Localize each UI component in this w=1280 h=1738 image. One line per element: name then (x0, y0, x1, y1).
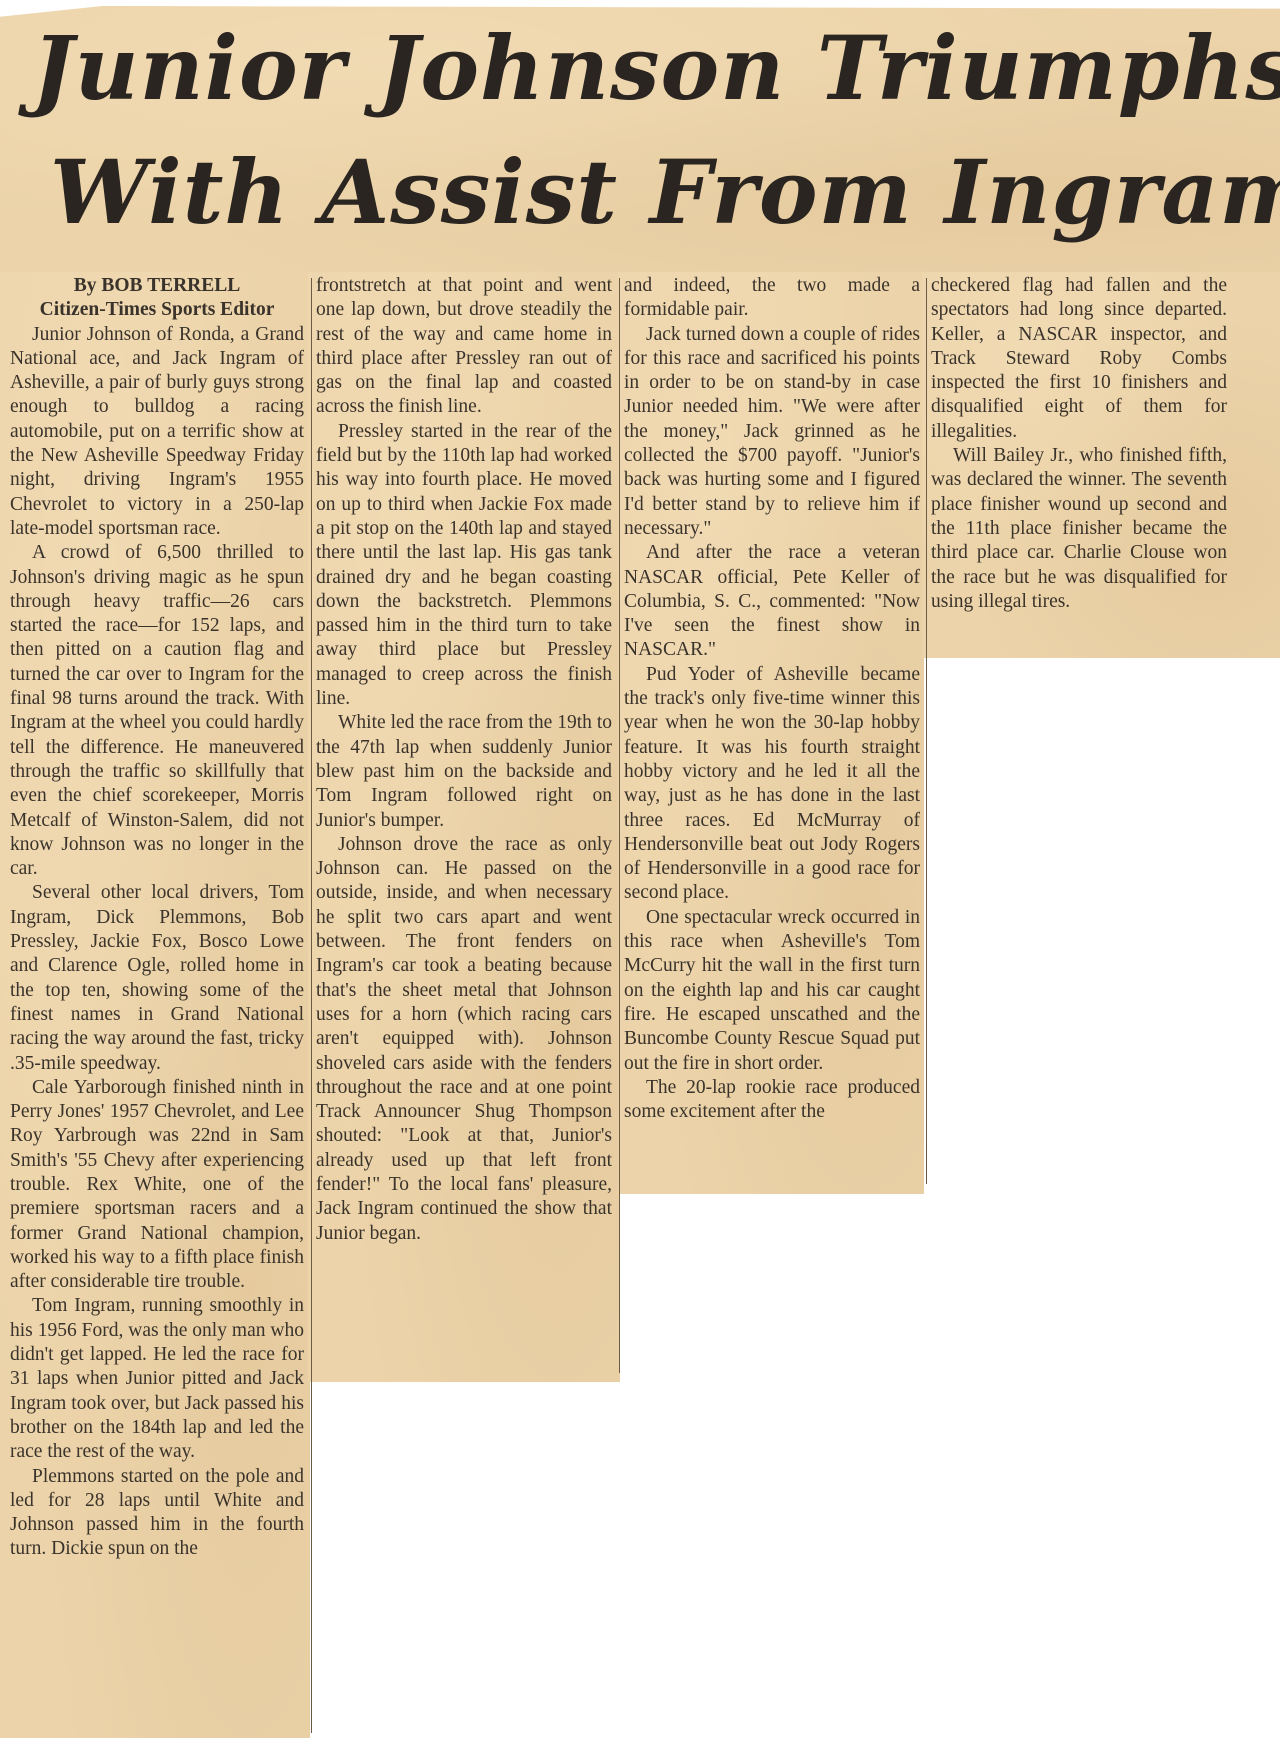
paragraph: One spectacular wreck occurred in this r… (624, 906, 920, 1076)
headline-line-1: Junior Johnson Triumphs (32, 16, 1280, 120)
byline-title: Citizen-Times Sports Editor (10, 298, 304, 322)
paragraph: The 20-lap rookie race produced some exc… (624, 1076, 920, 1125)
headline: Junior Johnson Triumphs With Assist From… (0, 0, 1280, 272)
article-column-3: and indeed, the two made a formidable pa… (624, 274, 920, 1124)
article-column-2: frontstretch at that point and went one … (316, 274, 612, 1246)
paragraph: Pressley started in the rear of the fiel… (316, 420, 612, 712)
paragraph: Plemmons started on the pole and led for… (10, 1465, 304, 1562)
paragraph: Pud Yoder of Asheville became the track'… (624, 663, 920, 906)
column-rule-3 (926, 278, 927, 1184)
paragraph: Jack turned down a couple of rides for t… (624, 323, 920, 542)
paragraph: Several other local drivers, Tom Ingram,… (10, 881, 304, 1075)
byline-author: By BOB TERRELL (10, 274, 304, 298)
paragraph: frontstretch at that point and went one … (316, 274, 612, 420)
column-rule-1 (311, 278, 312, 1733)
paragraph: Junior Johnson of Ronda, a Grand Nationa… (10, 323, 304, 542)
paragraph: A crowd of 6,500 thrilled to Johnson's d… (10, 541, 304, 881)
paragraph: And after the race a veteran NASCAR offi… (624, 541, 920, 662)
paragraph: checkered flag had fallen and the specta… (931, 274, 1227, 444)
article-column-4: checkered flag had fallen and the specta… (931, 274, 1227, 614)
column-rule-2 (619, 278, 620, 1373)
paragraph: Tom Ingram, running smoothly in his 1956… (10, 1294, 304, 1464)
paragraph: Johnson drove the race as only Johnson c… (316, 833, 612, 1246)
paragraph: White led the race from the 19th to the … (316, 711, 612, 832)
paragraph: Cale Yarborough finished ninth in Perry … (10, 1076, 304, 1295)
paragraph: and indeed, the two made a formidable pa… (624, 274, 920, 323)
article-column-1: By BOB TERRELL Citizen-Times Sports Edit… (10, 274, 304, 1562)
paragraph: Will Bailey Jr., who finished fifth, was… (931, 444, 1227, 614)
headline-line-2: With Assist From Ingram (50, 140, 1280, 244)
